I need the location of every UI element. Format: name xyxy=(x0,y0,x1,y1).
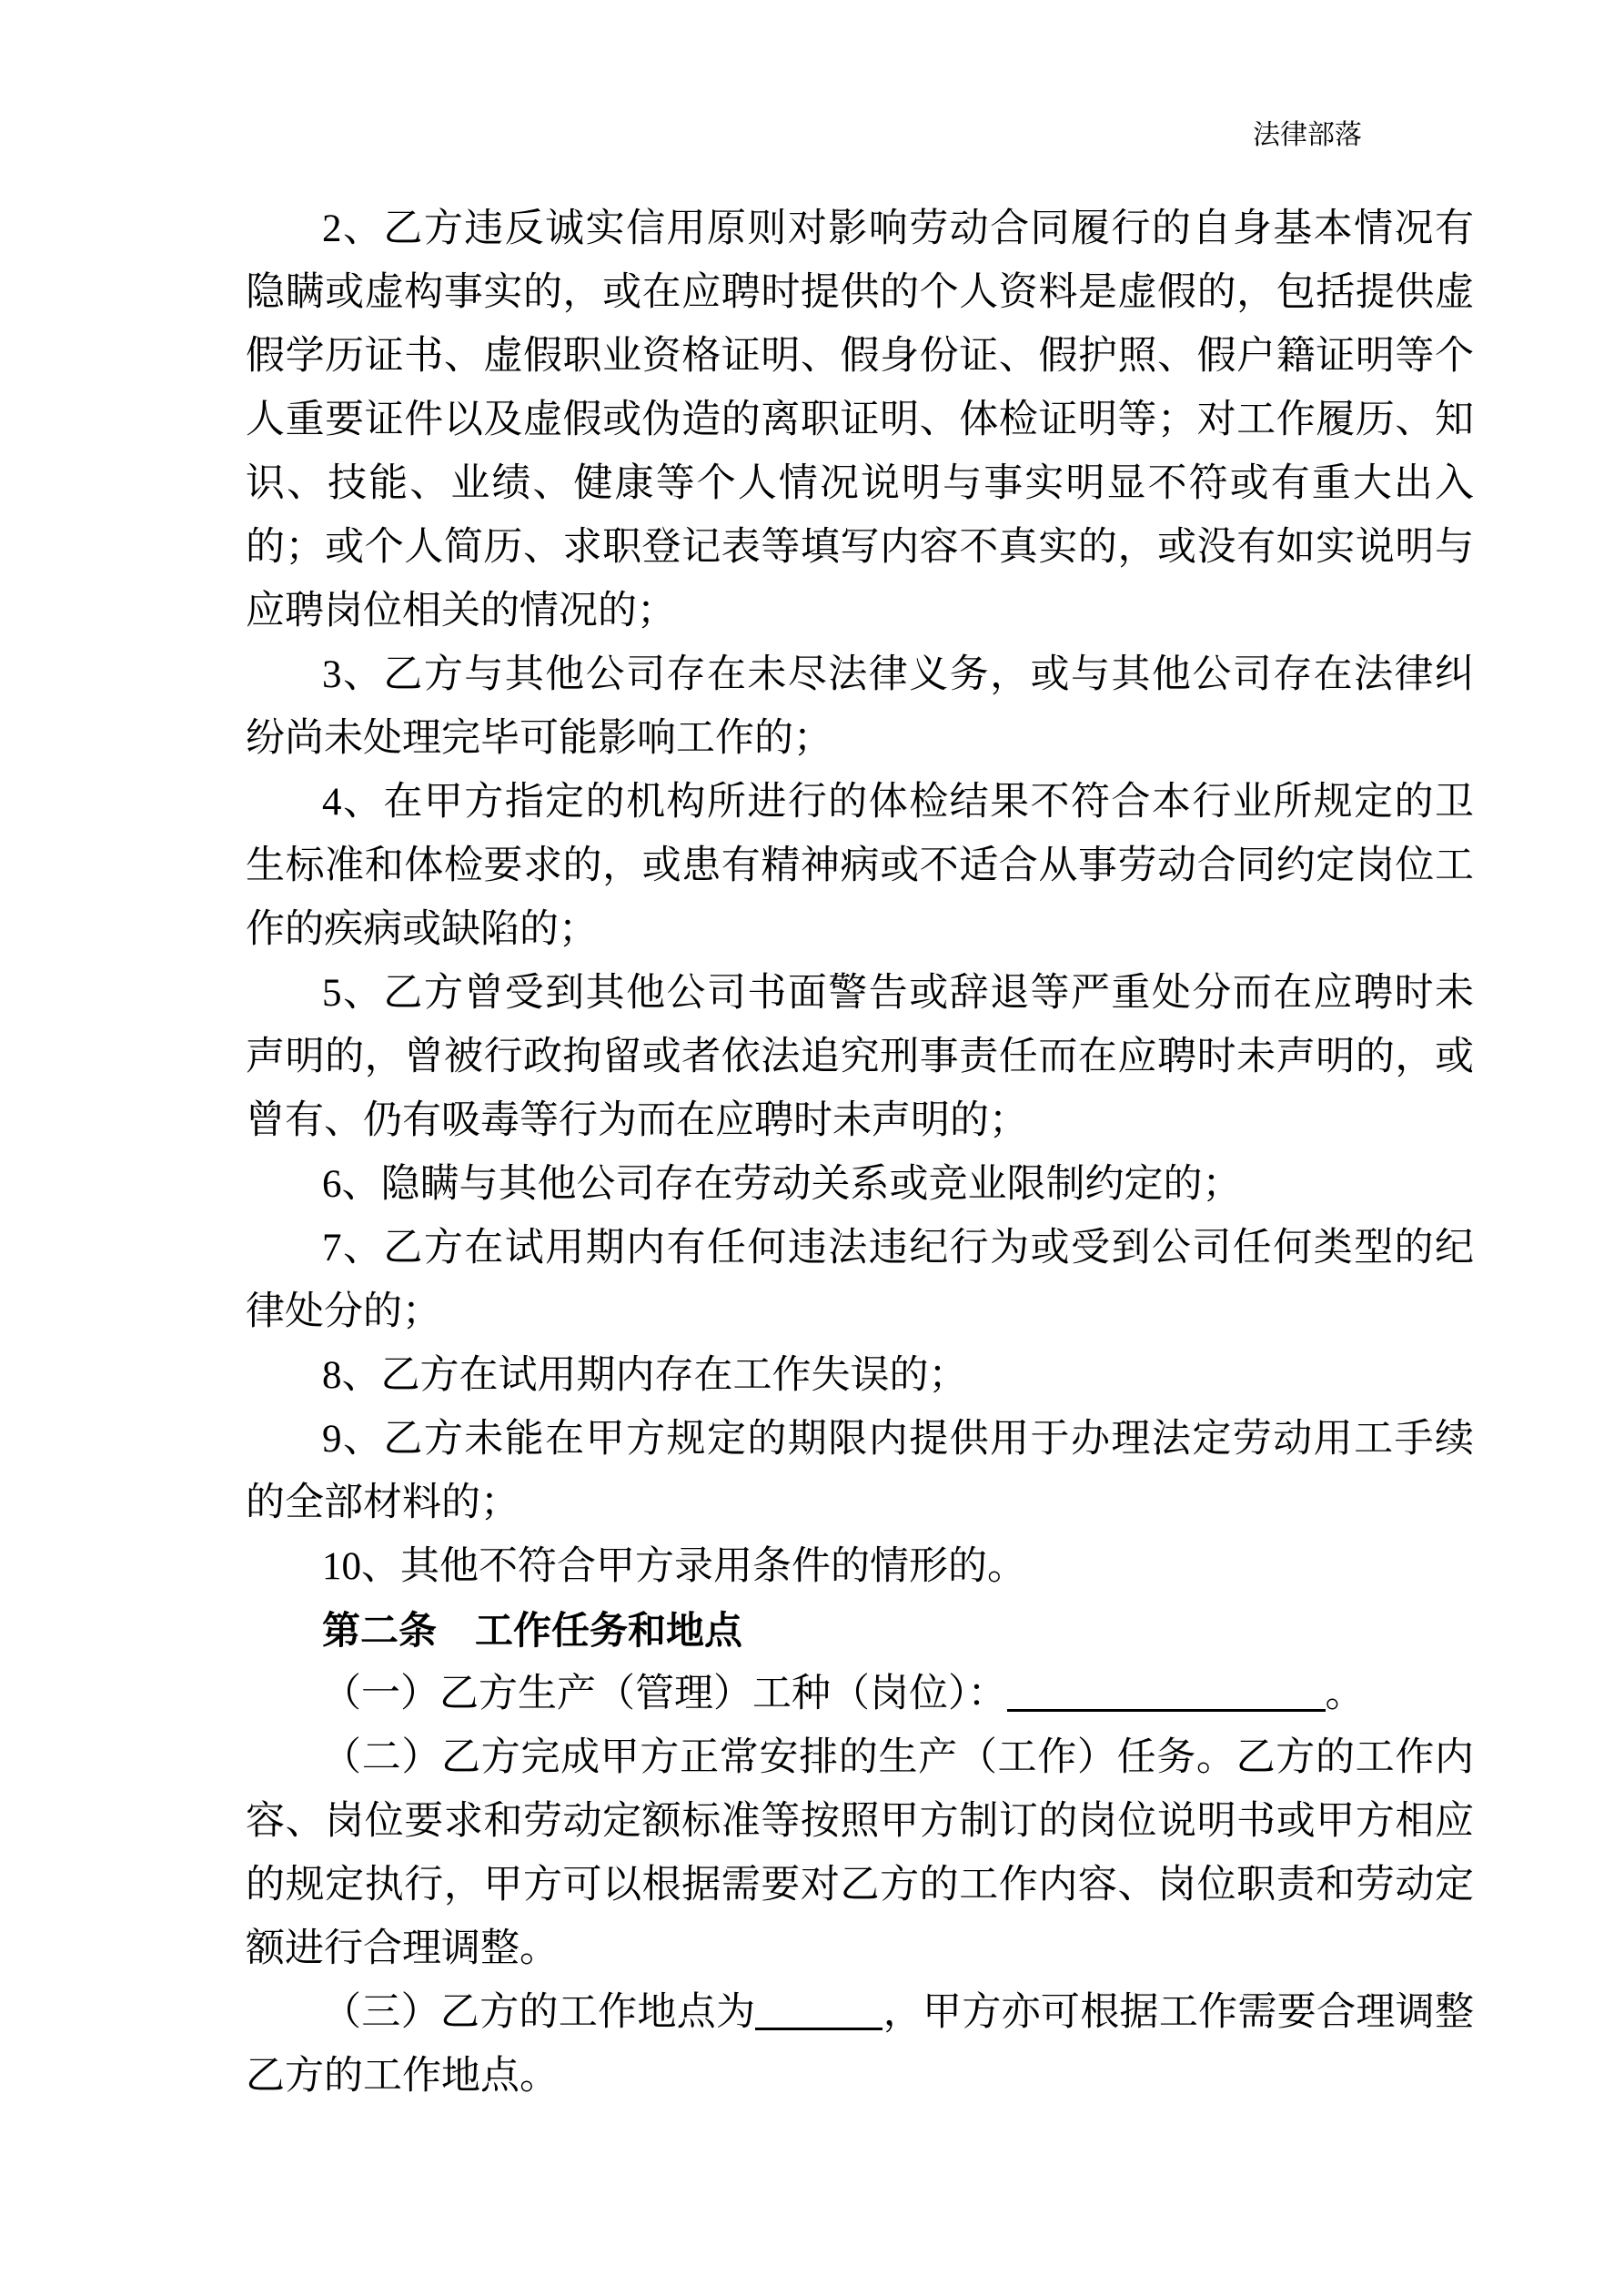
contract-item-2: 2、乙方违反诚实信用原则对影响劳动合同履行的自身基本情况有隐瞒或虚构事实的，或在… xyxy=(246,197,1474,643)
blank-underline-job-position xyxy=(1007,1709,1326,1712)
brand-text: 法律部落 xyxy=(1253,118,1362,153)
contract-item-5: 5、乙方曾受到其他公司书面警告或辞退等严重处分而在应聘时未声明的，曾被行政拘留或… xyxy=(246,962,1474,1153)
clause-3-text-prefix: （三）乙方的工作地点为 xyxy=(322,1991,755,2034)
document-body: 2、乙方违反诚实信用原则对影响劳动合同履行的自身基本情况有隐瞒或虚构事实的，或在… xyxy=(246,197,1474,2109)
contract-item-4: 4、在甲方指定的机构所进行的体检结果不符合本行业所规定的卫生标准和体检要求的，或… xyxy=(246,771,1474,962)
clause-1-job-position: （一）乙方生产（管理）工种（岗位）：。 xyxy=(246,1663,1474,1726)
contract-item-3: 3、乙方与其他公司存在未尽法律义务，或与其他公司存在法律纠纷尚未处理完毕可能影响… xyxy=(246,643,1474,771)
section-heading-article-2: 第二条 工作任务和地点 xyxy=(246,1599,1474,1663)
contract-item-6: 6、隐瞒与其他公司存在劳动关系或竞业限制约定的； xyxy=(246,1153,1474,1217)
clause-3-work-location: （三）乙方的工作地点为，甲方亦可根据工作需要合理调整乙方的工作地点。 xyxy=(246,1981,1474,2109)
contract-item-7: 7、乙方在试用期内有任何违法违纪行为或受到公司任何类型的纪律处分的； xyxy=(246,1217,1474,1344)
contract-item-10: 10、其他不符合甲方录用条件的情形的。 xyxy=(246,1535,1474,1599)
contract-item-9: 9、乙方未能在甲方规定的期限内提供用于办理法定劳动用工手续的全部材料的； xyxy=(246,1408,1474,1535)
document-page: 法律部落 2、乙方违反诚实信用原则对影响劳动合同履行的自身基本情况有隐瞒或虚构事… xyxy=(0,0,1624,2296)
blank-underline-work-location xyxy=(755,2028,883,2030)
clause-2-work-tasks: （二）乙方完成甲方正常安排的生产（工作）任务。乙方的工作内容、岗位要求和劳动定额… xyxy=(246,1726,1474,1981)
clause-1-text: （一）乙方生产（管理）工种（岗位）： xyxy=(322,1673,1007,1715)
clause-1-period: 。 xyxy=(1326,1673,1365,1715)
contract-item-8: 8、乙方在试用期内存在工作失误的； xyxy=(246,1344,1474,1408)
